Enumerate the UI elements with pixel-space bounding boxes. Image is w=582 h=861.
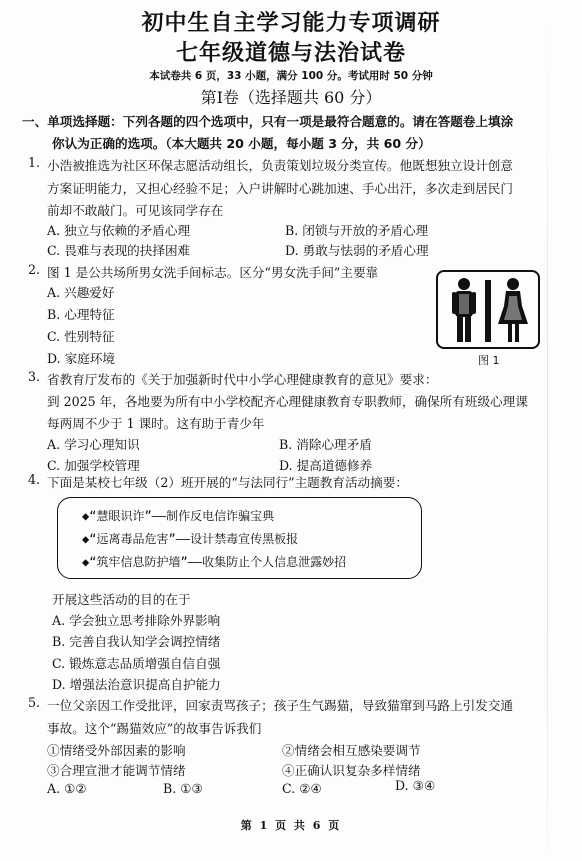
- question-stem-line: 下面是某校七年级（2）班开展的“与法同行”主题教育活动摘要：: [47, 472, 408, 491]
- question-stem-line: 方案证明能力，又担心经验不足；入户讲解时心跳加速、手心出汗，多次走到居民门: [47, 178, 513, 197]
- section-heading-line1: 一、单项选择题：下列各题的四个选项中，只有一项是最符合题意的。请在答题卷上填涂: [22, 111, 513, 130]
- exam-info: 本试卷共 6 页，33 小题，满分 100 分。考试用时 50 分钟: [0, 68, 582, 83]
- section-heading-line2: 你认为正确的选项。（本大题共 20 小题，每小题 3 分，共 60 分）: [52, 133, 431, 152]
- question-stem-line: 到 2025 年，各地要为所有中小学校配齐心理健康教育专职教师，确保所有班级心理…: [47, 391, 528, 410]
- option-a[interactable]: A. 学会独立思考排除外界影响: [52, 610, 220, 629]
- option-a[interactable]: A. 兴趣爱好: [47, 282, 114, 301]
- figure-caption: 图 1: [478, 352, 500, 368]
- statement-3: ③合理宣泄才能调节情绪: [47, 760, 186, 779]
- restroom-sign-icon: [436, 270, 540, 349]
- activity-item: ◆“慧眼识诈”——制作反电信诈骗宝典: [82, 507, 274, 524]
- activity-item: ◆“筑牢信息防护墙”——收集防止个人信息泄露妙招: [82, 553, 346, 570]
- question-number: 5.: [28, 695, 40, 710]
- option-b[interactable]: B. 心理特征: [47, 304, 115, 323]
- option-b[interactable]: B. ①③: [163, 781, 203, 796]
- exam-title: 初中生自主学习能力专项调研: [0, 6, 582, 37]
- option-d[interactable]: D. ③④: [395, 778, 435, 793]
- option-d[interactable]: D. 增强法治意识提高自护能力: [52, 674, 221, 693]
- option-b[interactable]: B. 完善自我认知学会调控情绪: [52, 631, 220, 650]
- page-number: 第 1 页 共 6 页: [0, 817, 582, 833]
- question-number: 3.: [28, 369, 40, 384]
- option-b[interactable]: B. 消除心理矛盾: [279, 434, 372, 453]
- option-c[interactable]: C. 性别特征: [47, 326, 115, 345]
- scan-edge-shadow: [547, 10, 548, 850]
- part-title: 第Ⅰ卷（选择题共 60 分）: [0, 85, 582, 108]
- option-c[interactable]: C. 畏难与表现的抉择困难: [47, 240, 190, 259]
- activity-item: ◆“远离毒品危害”——设计禁毒宣传黑板报: [82, 530, 298, 547]
- question-number: 4.: [28, 472, 40, 487]
- question-stem-line: 省教育厅发布的《关于加强新时代中小学心理健康教育的意见》要求：: [47, 369, 437, 388]
- option-c[interactable]: C. 锻炼意志品质增强自信自强: [52, 653, 220, 672]
- statement-1: ①情绪受外部因素的影响: [47, 740, 186, 759]
- option-d[interactable]: D. 勇敢与怯弱的矛盾心理: [285, 240, 429, 259]
- question-stem-line: 每两周不少于 1 课时。这有助于青少年: [47, 413, 265, 432]
- question-number: 1.: [28, 155, 40, 170]
- question-stem-after: 开展这些活动的目的在于: [52, 589, 191, 608]
- question-stem-line: 小浩被推选为社区环保志愿活动组长，负责策划垃圾分类宣传。他既想独立设计创意: [47, 155, 513, 174]
- option-a[interactable]: A. ①②: [47, 781, 87, 796]
- option-b[interactable]: B. 闭锁与开放的矛盾心理: [285, 220, 428, 239]
- option-c[interactable]: C. ②④: [282, 781, 322, 796]
- option-d[interactable]: D. 家庭环境: [47, 348, 115, 367]
- option-a[interactable]: A. 独立与依赖的矛盾心理: [47, 220, 190, 239]
- exam-subject-title: 七年级道德与法治试卷: [0, 36, 582, 67]
- statement-2: ②情绪会相互感染要调节: [282, 740, 421, 759]
- question-number: 2.: [28, 262, 40, 277]
- question-stem-line: 事故。这个“踢猫效应”的故事告诉我们: [47, 718, 261, 737]
- statement-4: ④正确认识复杂多样情绪: [282, 760, 421, 779]
- question-stem-line: 前却不敢敲门。可见该同学存在: [47, 200, 223, 219]
- option-a[interactable]: A. 学习心理知识: [47, 434, 140, 453]
- question-stem-line: 一位父亲因工作受批评，回家责骂孩子；孩子生气踢猫，导致猫窜到马路上引发交通: [47, 695, 513, 714]
- question-stem-line: 图 1 是公共场所男女洗手间标志。区分“男女洗手间”主要靠: [47, 262, 378, 281]
